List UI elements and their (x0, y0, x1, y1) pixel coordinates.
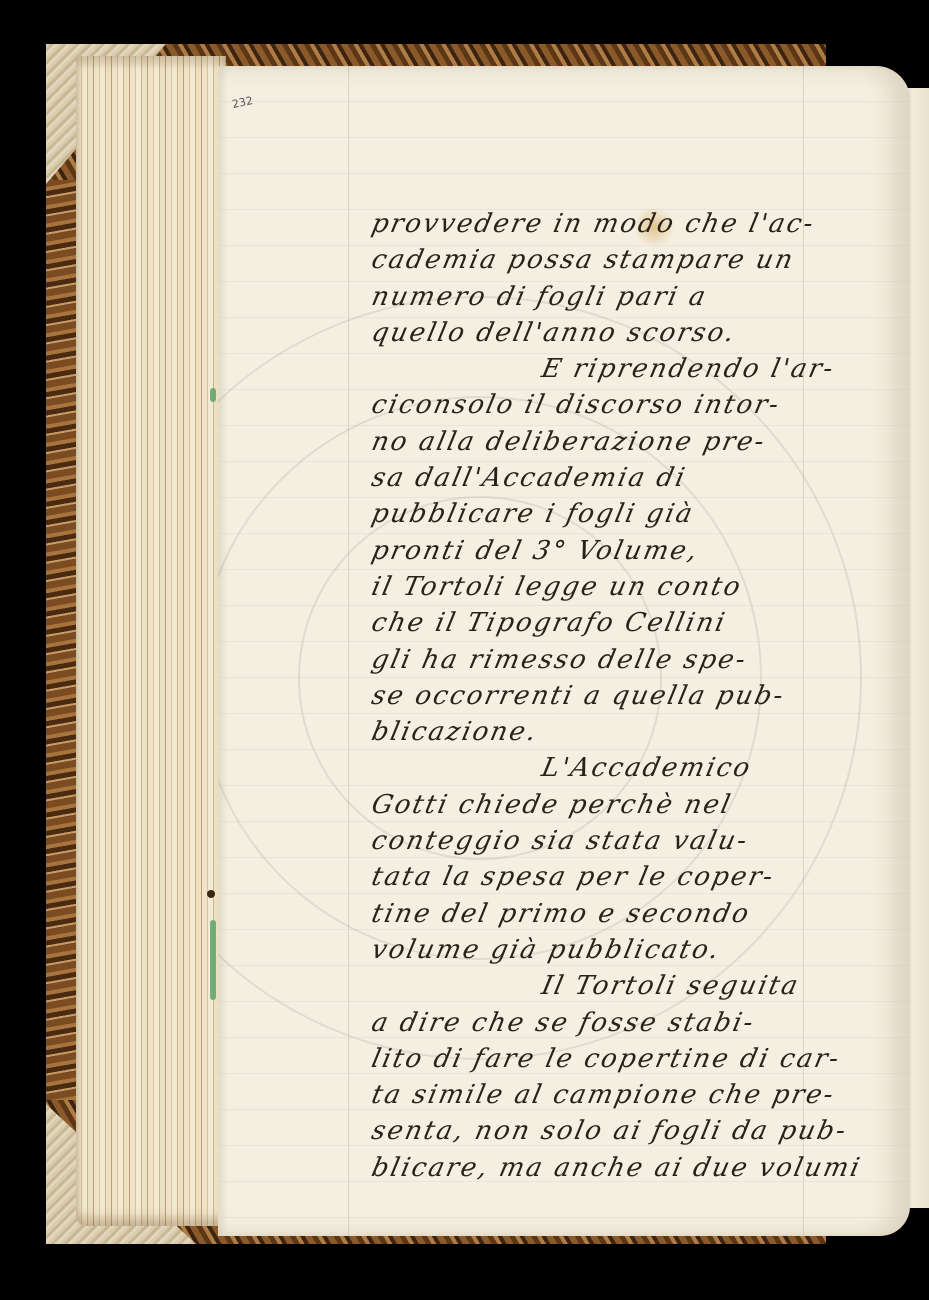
manuscript-line: numero di fogli pari a (368, 279, 856, 315)
manuscript-line: lito di fare le copertine di car- (368, 1041, 856, 1077)
manuscript-line: pronti del 3° Volume, (368, 533, 856, 569)
manuscript-line: no alla deliberazione pre- (368, 424, 856, 460)
manuscript-line: sa dall'Accademia di (368, 460, 856, 496)
manuscript-line: blicare, ma anche ai due volumi (368, 1150, 856, 1186)
manuscript-line: il Tortoli legge un conto (368, 569, 856, 605)
manuscript-line: volume già pubblicato. (368, 932, 856, 968)
manuscript-line: ta simile al campione che pre- (368, 1077, 856, 1113)
handwritten-text-block: provvedere in modo che l'ac-cademia poss… (372, 206, 852, 1186)
green-edge-mark (210, 920, 216, 1000)
manuscript-line: L'Accademico (368, 750, 856, 786)
manuscript-line: Gotti chiede perchè nel (368, 787, 856, 823)
manuscript-line: che il Tipografo Cellini (368, 605, 856, 641)
manuscript-line: tata la spesa per le coper- (368, 859, 856, 895)
manuscript-line: conteggio sia stata valu- (368, 823, 856, 859)
manuscript-line: Il Tortoli seguita (368, 968, 856, 1004)
cover-marbled-edge (46, 180, 80, 1100)
manuscript-line: gli ha rimesso delle spe- (368, 642, 856, 678)
manuscript-line: E riprendendo l'ar- (368, 351, 856, 387)
page-stack-fore-edge (76, 56, 226, 1226)
manuscript-line: ciconsolo il discorso intor- (368, 387, 856, 423)
manuscript-photo: 232 provvedere in modo che l'ac-cademia … (0, 0, 929, 1300)
manuscript-line: pubblicare i fogli già (368, 496, 856, 532)
green-edge-mark (210, 388, 216, 402)
manuscript-line: provvedere in modo che l'ac- (368, 206, 856, 242)
manuscript-line: tine del primo e secondo (368, 896, 856, 932)
manuscript-line: cademia possa stampare un (368, 242, 856, 278)
manuscript-line: quello dell'anno scorso. (368, 315, 856, 351)
ink-blot (207, 890, 215, 898)
manuscript-line: a dire che se fosse stabi- (368, 1005, 856, 1041)
manuscript-line: se occorrenti a quella pub- (368, 678, 856, 714)
manuscript-line: senta, non solo ai fogli da pub- (368, 1113, 856, 1149)
manuscript-line: blicazione. (368, 714, 856, 750)
